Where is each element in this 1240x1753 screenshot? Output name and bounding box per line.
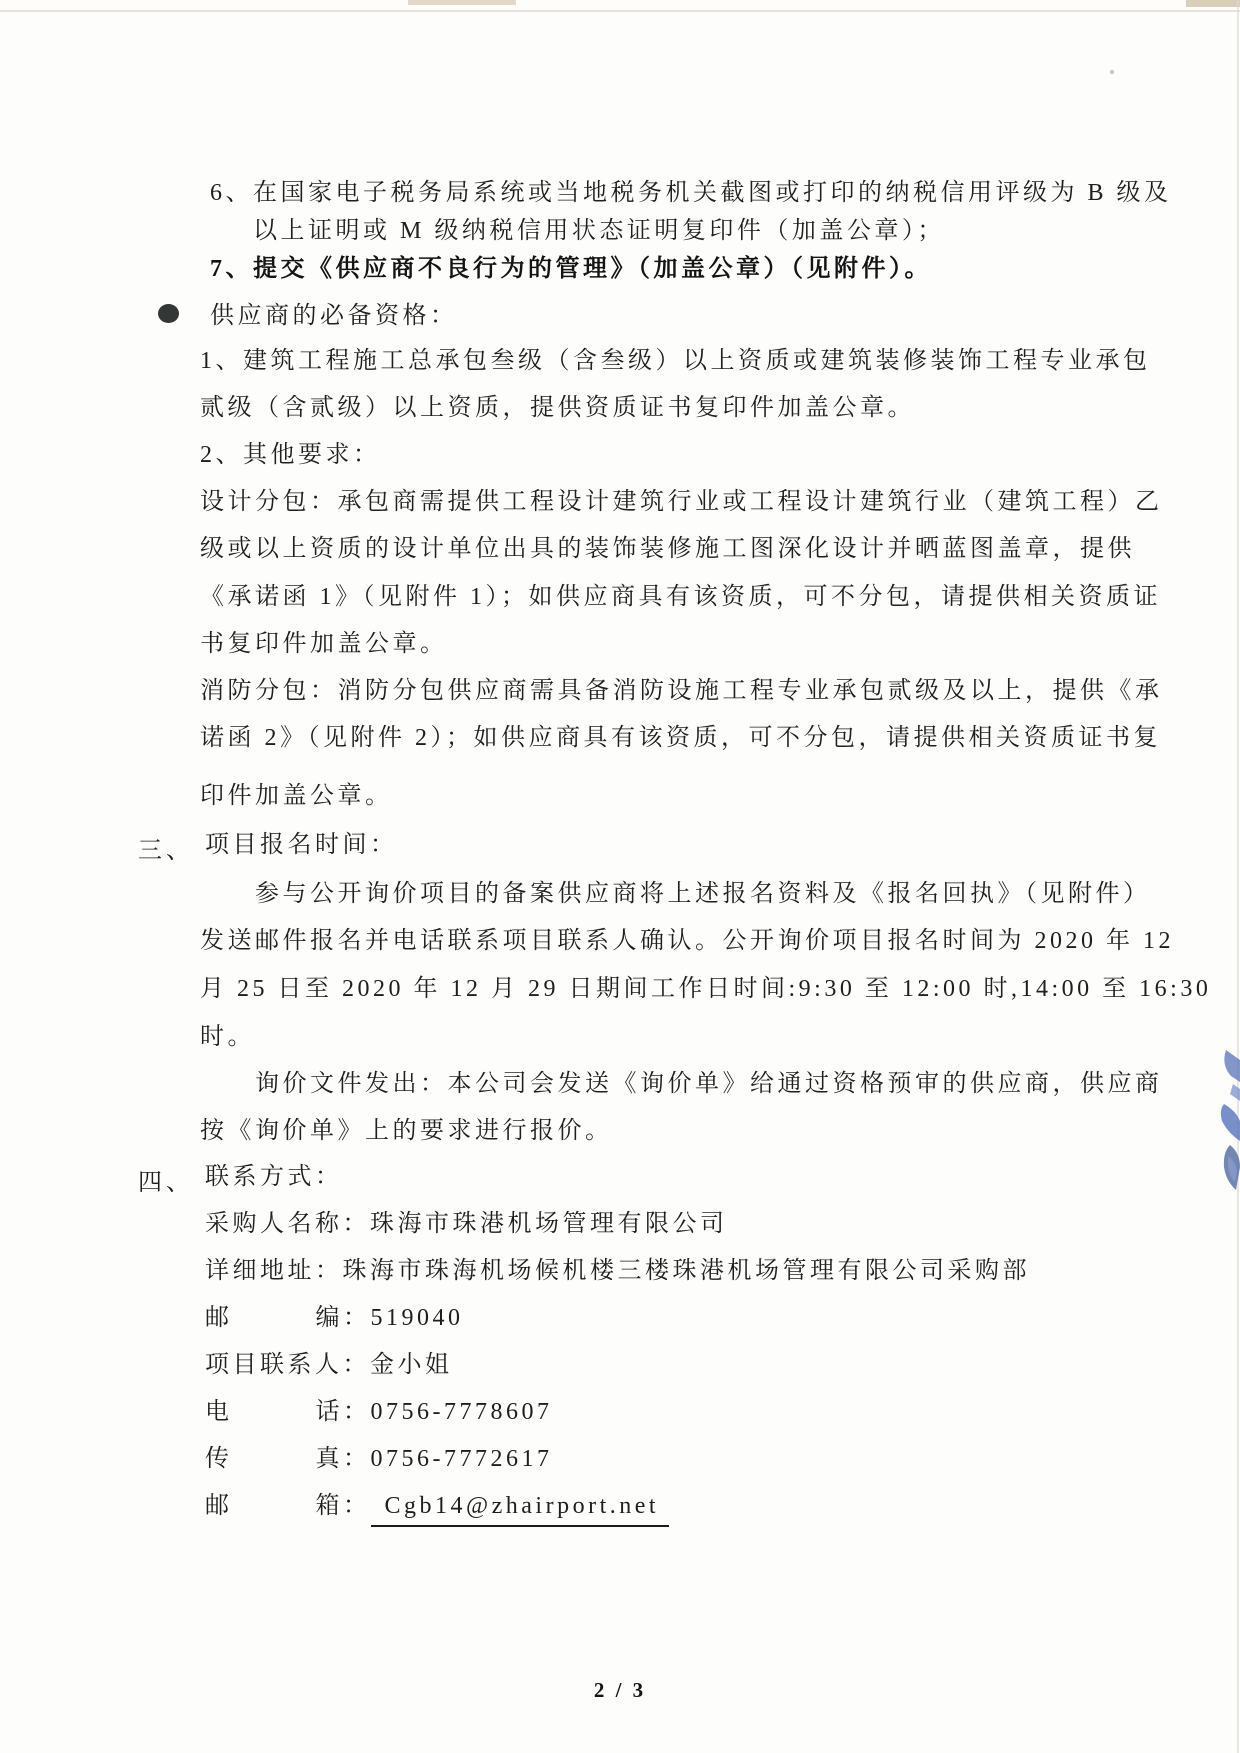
- scanned-document-page: 6、在国家电子税务局系统或当地税务机关截图或打印的纳税信用评级为 B 级及 以上…: [0, 0, 1240, 1753]
- scan-artifact-notch: [1186, 0, 1240, 7]
- fire-subcontract-line3: 印件加盖公章。: [200, 781, 393, 811]
- contact-label: 编：: [316, 1305, 371, 1331]
- design-subcontract-line2: 级或以上资质的设计单位出具的装饰装修施工图深化设计并晒蓝图盖章，提供: [200, 534, 1135, 564]
- blue-stamp-mark: [1206, 1048, 1240, 1198]
- contact-value: 0756-7778607: [371, 1399, 553, 1425]
- contact-row-phone: 电话：0756-7778607: [205, 1397, 553, 1427]
- section3-paragraph1-line4: 时。: [200, 1022, 255, 1052]
- contact-row-contact-person: 项目联系人：金小姐: [205, 1350, 453, 1380]
- scan-edge-line-top: [0, 10, 1240, 12]
- section3-number: 三、: [138, 830, 194, 865]
- fire-subcontract-line2: 诺函 2》（见附件 2）；如供应商具有该资质，可不分包，请提供相关资质证书复: [200, 723, 1161, 753]
- contact-label: 传: [205, 1446, 233, 1472]
- contact-label: 邮: [205, 1493, 233, 1519]
- design-subcontract-line4: 书复印件加盖公章。: [200, 629, 448, 659]
- contact-label: 箱：: [316, 1493, 371, 1519]
- qualification-item1-line2: 贰级（含贰级）以上资质，提供资质证书复印件加盖公章。: [200, 393, 915, 423]
- list-item-6-line1: 6、在国家电子税务局系统或当地税务机关截图或打印的纳税信用评级为 B 级及: [210, 178, 1172, 208]
- section3-paragraph1-line2: 发送邮件报名并电话联系项目联系人确认。公开询价项目报名时间为 2020 年 12: [200, 926, 1174, 956]
- bullet-heading: 供应商的必备资格：: [210, 301, 458, 331]
- qualification-item1-line1: 1、建筑工程施工总承包叁级（含叁级）以上资质或建筑装修装饰工程专业承包: [200, 346, 1151, 376]
- contact-value: 0756-7772617: [371, 1446, 553, 1472]
- design-subcontract-line3: 《承诺函 1》（见附件 1）；如供应商具有该资质，可不分包，请提供相关资质证: [200, 582, 1161, 612]
- scan-artifact-notch: [408, 0, 516, 5]
- contact-value: 金小姐: [370, 1352, 453, 1378]
- section3-paragraph1-line1: 参与公开询价项目的备案供应商将上述报名资料及《报名回执》（见附件）: [255, 879, 1151, 909]
- scan-edge-line-right: [1237, 0, 1239, 1753]
- list-item-7: 7、提交《供应商不良行为的管理》（加盖公章）（见附件）。: [210, 254, 932, 284]
- contact-label: 详细地址：: [205, 1258, 343, 1284]
- contact-email-value: Cgb14@zhairport.net: [371, 1491, 670, 1527]
- design-subcontract-line1: 设计分包：承包商需提供工程设计建筑行业或工程设计建筑行业（建筑工程）乙: [200, 487, 1163, 517]
- scan-speck: [1110, 70, 1114, 74]
- contact-value: 519040: [371, 1305, 464, 1331]
- contact-label: 邮: [205, 1305, 233, 1331]
- contact-row-fax: 传真：0756-7772617: [205, 1444, 553, 1474]
- contact-row-postcode: 邮编：519040: [205, 1303, 464, 1333]
- qualification-item2: 2、其他要求：: [200, 440, 381, 470]
- section3-paragraph2-line2: 按《询价单》上的要求进行报价。: [200, 1116, 613, 1146]
- list-item-6-line2: 以上证明或 M 级纳税信用状态证明复印件（加盖公章）；: [253, 216, 945, 246]
- contact-label: 电: [205, 1399, 233, 1425]
- bullet-dot-icon: [158, 304, 179, 323]
- contact-label: 话：: [316, 1399, 371, 1425]
- section4-number: 四、: [138, 1162, 194, 1197]
- section3-paragraph2-line1: 询价文件发出：本公司会发送《询价单》给通过资格预审的供应商，供应商: [255, 1069, 1163, 1099]
- contact-label: 项目联系人：: [205, 1352, 370, 1378]
- contact-label: 真：: [316, 1446, 371, 1472]
- contact-label: 采购人名称：: [205, 1211, 370, 1237]
- contact-row-purchaser: 采购人名称：珠海市珠港机场管理有限公司: [205, 1209, 728, 1239]
- contact-value: 珠海市珠港机场管理有限公司: [370, 1211, 728, 1237]
- contact-row-email: 邮箱：Cgb14@zhairport.net: [205, 1491, 669, 1527]
- page-number: 2 / 3: [0, 1678, 1240, 1703]
- section4-title: 联系方式：: [205, 1162, 343, 1192]
- contact-row-address: 详细地址：珠海市珠海机场候机楼三楼珠港机场管理有限公司采购部: [205, 1256, 1030, 1286]
- fire-subcontract-line1: 消防分包：消防分包供应商需具备消防设施工程专业承包贰级及以上，提供《承: [200, 676, 1163, 706]
- section3-title: 项目报名时间：: [205, 830, 398, 860]
- contact-value: 珠海市珠海机场候机楼三楼珠港机场管理有限公司采购部: [343, 1258, 1031, 1284]
- section3-paragraph1-line3: 月 25 日至 2020 年 12 月 29 日期间工作日时间:9:30 至 1…: [200, 974, 1211, 1004]
